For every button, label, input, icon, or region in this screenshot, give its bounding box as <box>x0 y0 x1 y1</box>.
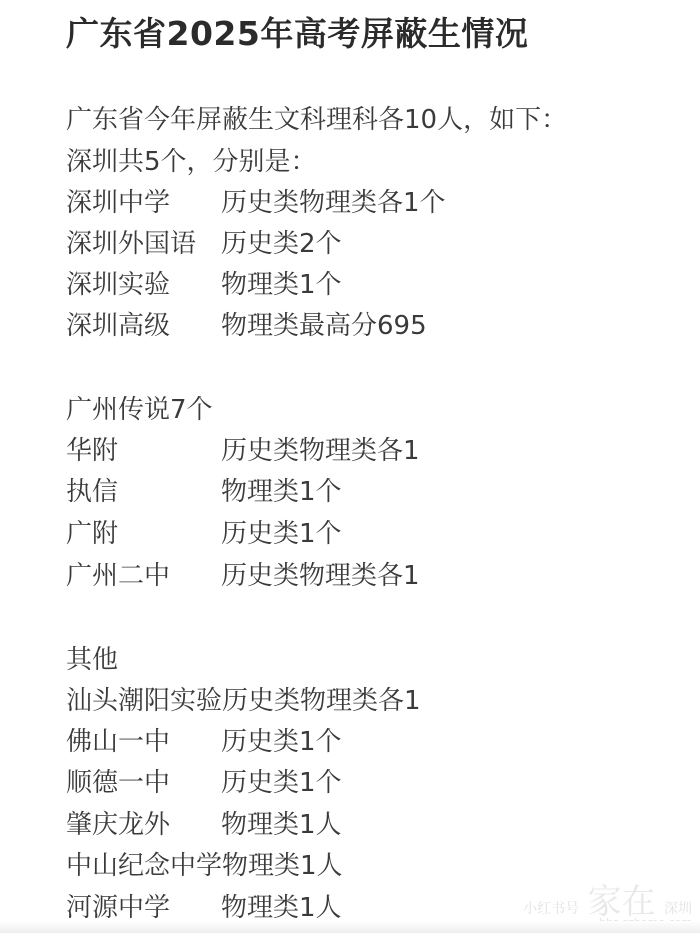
page-title: 广东省2025年高考屏蔽生情况 <box>66 8 528 55</box>
school-name: 肇庆龙外 <box>66 810 170 840</box>
list-item: 深圳中学 历史类物理类各1个 <box>66 183 170 223</box>
watermark-badge: 深圳 <box>664 901 692 917</box>
list-item: 华附 历史类物理类各1 <box>66 431 118 471</box>
school-detail: 物理类1人 <box>221 805 342 845</box>
school-name: 中山纪念中学物理类1人 <box>66 851 343 881</box>
intro-text: 广东省今年屏蔽生文科理科各10人，如下： <box>66 100 567 140</box>
school-name: 深圳实验 <box>66 270 170 300</box>
school-detail: 历史类物理类各1 <box>221 431 420 471</box>
school-name: 汕头潮阳实验历史类物理类各1 <box>66 686 421 716</box>
school-name: 广附 <box>66 519 118 549</box>
list-item: 顺德一中 历史类1个 <box>66 763 170 803</box>
watermark-left: 小红书号 <box>523 901 579 917</box>
list-item: 肇庆龙外 物理类1人 <box>66 805 170 845</box>
shenzhen-header: 深圳共5个，分别是： <box>66 142 317 182</box>
bottom-fade <box>0 921 700 933</box>
school-detail: 物理类1个 <box>221 472 342 512</box>
school-name: 河源中学 <box>66 893 170 923</box>
list-item: 执信 物理类1个 <box>66 472 118 512</box>
school-name: 执信 <box>66 477 118 507</box>
guangzhou-header: 广州传说7个 <box>66 390 213 430</box>
school-name: 深圳高级 <box>66 311 170 341</box>
school-name: 广州二中 <box>66 561 170 591</box>
school-detail: 历史类1个 <box>221 514 342 554</box>
school-name: 深圳外国语 <box>66 229 196 259</box>
school-name: 华附 <box>66 436 118 466</box>
school-detail: 历史类1个 <box>221 722 342 762</box>
list-item: 佛山一中 历史类1个 <box>66 722 170 762</box>
school-detail: 历史类物理类各1个 <box>221 183 446 223</box>
school-name: 顺德一中 <box>66 768 170 798</box>
watermark: 小红书号 家在 深圳 bbs.szhome.com <box>523 874 692 923</box>
list-item: 广州二中 历史类物理类各1 <box>66 556 170 596</box>
school-detail: 物理类最高分695 <box>221 306 427 346</box>
list-item: 广附 历史类1个 <box>66 514 118 554</box>
school-name: 深圳中学 <box>66 188 170 218</box>
school-name: 佛山一中 <box>66 727 170 757</box>
list-item: 中山纪念中学物理类1人 <box>66 846 343 886</box>
school-detail: 历史类2个 <box>221 224 342 264</box>
list-item: 汕头潮阳实验历史类物理类各1 <box>66 681 421 721</box>
list-item: 深圳实验 物理类1个 <box>66 265 170 305</box>
school-detail: 历史类1个 <box>221 763 342 803</box>
list-item: 深圳高级 物理类最高分695 <box>66 306 170 346</box>
others-header: 其他 <box>66 640 118 680</box>
list-item: 深圳外国语 历史类2个 <box>66 224 196 264</box>
school-detail: 物理类1个 <box>221 265 342 305</box>
school-detail: 历史类物理类各1 <box>221 556 420 596</box>
